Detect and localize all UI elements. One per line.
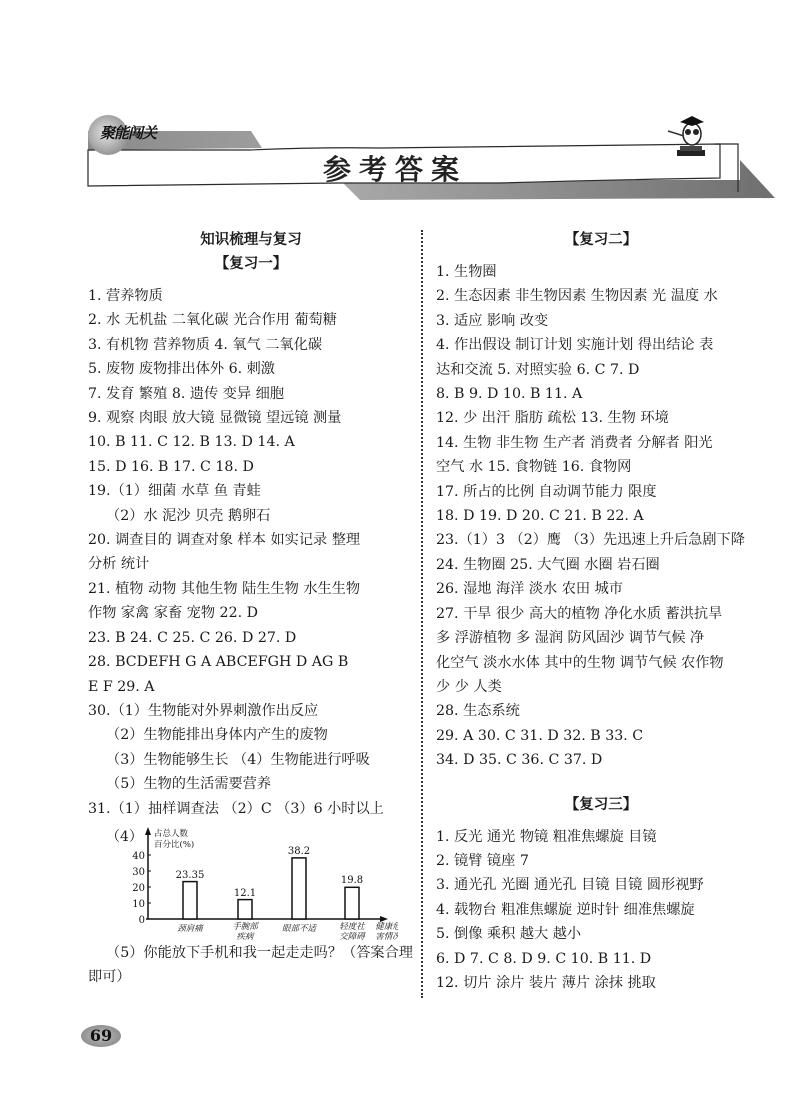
answer-line: 3. 有机物 营养物质 4. 氧气 二氧化碳: [88, 333, 414, 357]
x-axis-label: 健康危: [375, 921, 398, 932]
answer-line: 化空气 淡水水体 其中的生物 调节气候 农作物: [436, 651, 766, 675]
answer-line: 12. 切片 涂片 装片 薄片 涂抹 挑取: [436, 971, 766, 995]
answer-line: 分析 统计: [88, 552, 414, 576]
answer-line: 23.（1）3 （2）鹰 （3）先迅速上升后急剧下降: [436, 528, 766, 552]
section-title-review-2: 【复习二】: [436, 228, 766, 252]
column-divider: [421, 230, 423, 998]
answer-line: 9. 观察 肉眼 放大镜 显微镜 望远镜 测量: [88, 406, 414, 430]
page-number: 69: [81, 1025, 121, 1047]
page-title: 参考答案: [0, 148, 790, 188]
answer-line: （2）生物能排出身体内产生的废物: [88, 723, 414, 747]
answer-line: 21. 植物 动物 其他生物 陆生生物 水生生物: [88, 577, 414, 601]
category-label: 疾病: [236, 931, 255, 941]
bar-wrist-disease: [238, 900, 252, 919]
x-axis-label: 害情况: [375, 931, 398, 941]
answer-line: 即可）: [88, 965, 414, 989]
answer-line: 15. D 16. B 17. C 18. D: [88, 455, 414, 479]
bar-neck-shoulder-pain: [183, 882, 197, 919]
category-label: 眼部不适: [282, 923, 318, 934]
answer-line: 29. A 30. C 31. D 32. B 33. C: [436, 724, 766, 748]
answer-line: 2. 生态因素 非生物因素 生物因素 光 温度 水: [436, 284, 766, 308]
answer-line: 达和交流 5. 对照实验 6. C 7. D: [436, 358, 766, 382]
category-label: 轻度社: [339, 921, 366, 932]
answer-line: 3. 适应 影响 改变: [436, 309, 766, 333]
bar-eye-discomfort: [292, 858, 306, 919]
answer-line: 2. 水 无机盐 二氧化碳 光合作用 葡萄糖: [88, 308, 414, 332]
answer-line: 24. 生物圈 25. 大气圈 水圈 岩石圈: [436, 553, 766, 577]
answer-line: 4. 载物台 粗准焦螺旋 逆时针 细准焦螺旋: [436, 898, 766, 922]
answer-line: 7. 发育 繁殖 8. 遗传 变异 细胞: [88, 382, 414, 406]
answer-line: 31.（1）抽样调查法 （2）C （3）6 小时以上: [88, 797, 414, 821]
answer-line: 3. 通光孔 光圈 通光孔 目镜 目镜 圆形视野: [436, 873, 766, 897]
header-banner: 聚能闯关 参考答案: [0, 0, 790, 210]
answer-line: 空气 水 15. 食物链 16. 食物网: [436, 455, 766, 479]
bar-value-label: 23.35: [176, 870, 205, 881]
section-heading: 知识梳理与复习: [88, 228, 414, 252]
right-column: 【复习二】 1. 生物圈 2. 生态因素 非生物因素 生物因素 光 温度 水 3…: [436, 228, 766, 995]
bar-value-label: 19.8: [341, 875, 363, 886]
answer-line: 19.（1）细菌 水草 鱼 青蛙: [88, 479, 414, 503]
y-tick: 40: [132, 851, 145, 862]
answer-line: 20. 调查目的 调查对象 样本 如实记录 整理: [88, 528, 414, 552]
answer-line: 27. 干旱 很少 高大的植物 净化水质 蓄洪抗旱: [436, 602, 766, 626]
answer-line: （3）生物能够生长 （4）生物能进行呼吸: [88, 748, 414, 772]
answer-line: 1. 营养物质: [88, 284, 414, 308]
answer-line: 多 浮游植物 多 湿润 防风固沙 调节气候 净: [436, 626, 766, 650]
answer-line: 1. 反光 通光 物镜 粗准焦螺旋 目镜: [436, 825, 766, 849]
answer-line: 12. 少 出汗 脂肪 疏松 13. 生物 环境: [436, 406, 766, 430]
y-tick: 10: [132, 899, 145, 910]
answer-line: （2）水 泥沙 贝壳 鹅卵石: [88, 504, 414, 528]
answer-line: （5）生物的生活需要营养: [88, 772, 414, 796]
answer-line: 23. B 24. C 25. C 26. D 27. D: [88, 626, 414, 650]
logo-text: 聚能闯关: [100, 122, 156, 143]
answer-line: 5. 倒像 乘积 越大 越小: [436, 922, 766, 946]
answer-line: 28. 生态系统: [436, 699, 766, 723]
answer-line: 26. 湿地 海洋 淡水 农田 城市: [436, 577, 766, 601]
bar-value-label: 12.1: [234, 888, 256, 899]
category-label: 颈肩痛: [177, 923, 204, 934]
y-axis-label: 百分比(%): [154, 839, 194, 850]
bar-chart: （4） 0 10 20 30 40 占总人数 百分比(%): [88, 823, 398, 941]
category-label: 交障碍: [339, 931, 366, 941]
left-column: 知识梳理与复习 【复习一】 1. 营养物质 2. 水 无机盐 二氧化碳 光合作用…: [88, 228, 414, 990]
answer-line: 1. 生物圈: [436, 260, 766, 284]
answer-line: 10. B 11. C 12. B 13. D 14. A: [88, 430, 414, 454]
y-tick: 30: [132, 867, 145, 878]
y-tick: 0: [139, 915, 145, 926]
answer-line: 28. BCDEFH G A ABCEFGH D AG B: [88, 650, 414, 674]
answer-line: 34. D 35. C 36. C 37. D: [436, 748, 766, 772]
y-axis-label: 占总人数: [154, 828, 189, 839]
answer-line: E F 29. A: [88, 675, 414, 699]
answer-line: 14. 生物 非生物 生产者 消费者 分解者 阳光: [436, 431, 766, 455]
answer-line: 6. D 7. C 8. D 9. C 10. B 11. D: [436, 947, 766, 971]
chart-canvas: 0 10 20 30 40 占总人数 百分比(%): [88, 823, 398, 941]
section-title-review-1: 【复习一】: [88, 252, 414, 276]
section-title-review-3: 【复习三】: [436, 793, 766, 817]
answer-line: 5. 废物 废物排出体外 6. 刺激: [88, 357, 414, 381]
answer-line: 8. B 9. D 10. B 11. A: [436, 382, 766, 406]
answer-line: 作物 家禽 家畜 宠物 22. D: [88, 601, 414, 625]
answer-line: 少 少 人类: [436, 675, 766, 699]
answer-line: 17. 所占的比例 自动调节能力 限度: [436, 480, 766, 504]
y-tick: 20: [132, 883, 145, 894]
answer-line: （5）你能放下手机和我一起走走吗？（答案合理: [88, 941, 414, 965]
answer-line: 18. D 19. D 20. C 21. B 22. A: [436, 504, 766, 528]
answer-line: 4. 作出假设 制订计划 实施计划 得出结论 表: [436, 333, 766, 357]
bar-value-label: 38.2: [288, 846, 310, 857]
bar-mild-social-disorder: [345, 887, 359, 919]
answer-line: 2. 镜臂 镜座 7: [436, 849, 766, 873]
answer-line: 30.（1）生物能对外界刺激作出反应: [88, 699, 414, 723]
category-label: 手腕部: [232, 921, 259, 932]
